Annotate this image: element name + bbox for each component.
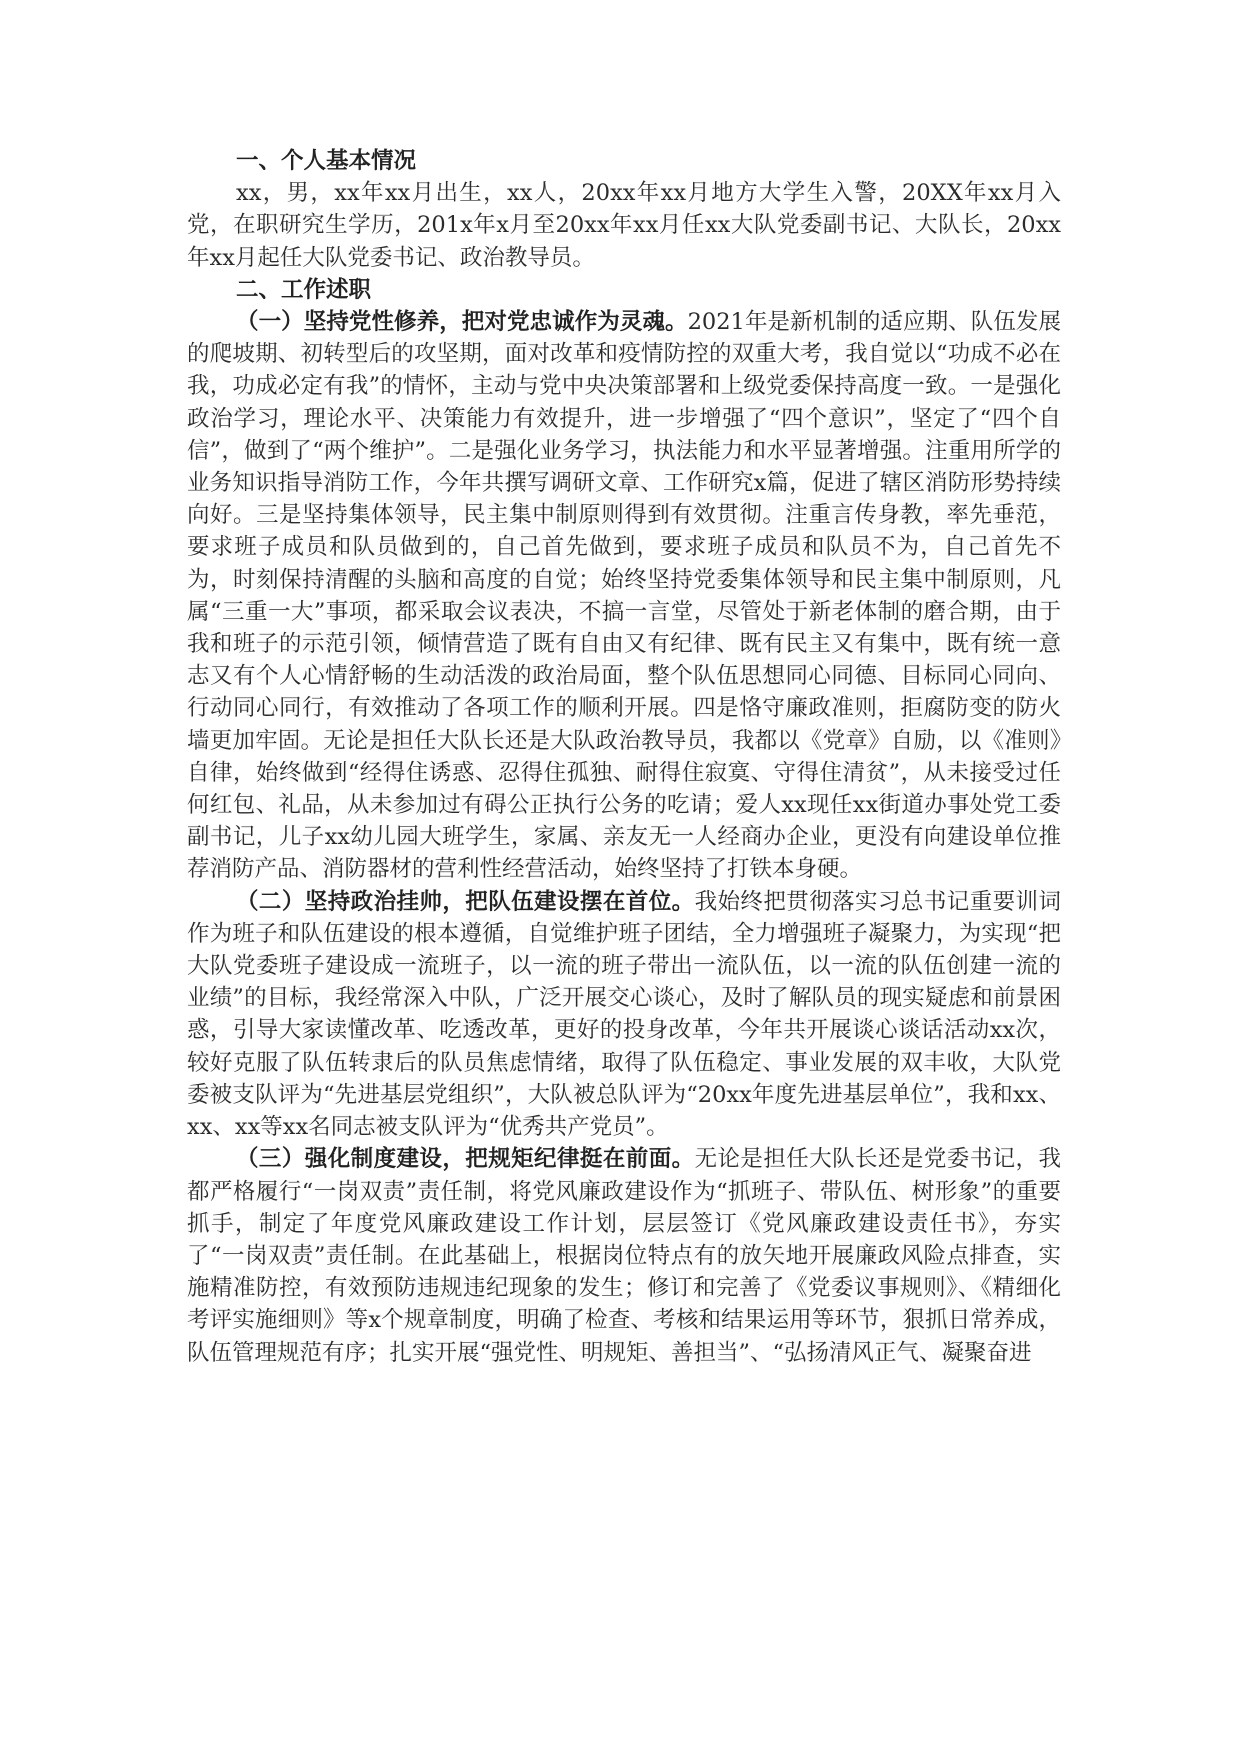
work-item-3-body: 无论是担任大队长还是党委书记，我都严格履行“一岗双责”责任制，将党风廉政建设作为… <box>187 1146 1061 1365</box>
work-item-2-title: （二）坚持政治挂帅，把队伍建设摆在首位。 <box>236 889 695 915</box>
work-item-3: （三）强化制度建设，把规矩纪律挺在前面。无论是担任大队长还是党委书记，我都严格履… <box>187 1143 1061 1368</box>
work-item-1-body: 2021年是新机制的适应期、队伍发展的爬坡期、初转型后的攻坚期，面对改革和疫情防… <box>187 309 1061 882</box>
personal-info-paragraph: xx，男，xx年xx月出生，xx人，20xx年xx月地方大学生入警，20XX年x… <box>187 177 1061 274</box>
work-item-2: （二）坚持政治挂帅，把队伍建设摆在首位。我始终把贯彻落实习总书记重要训词作为班子… <box>187 886 1061 1144</box>
section-heading-personal-info: 一、个人基本情况 <box>187 145 1061 177</box>
document-page: 一、个人基本情况 xx，男，xx年xx月出生，xx人，20xx年xx月地方大学生… <box>187 145 1061 1369</box>
work-item-2-body: 我始终把贯彻落实习总书记重要训词作为班子和队伍建设的根本遵循，自觉维护班子团结，… <box>187 889 1061 1140</box>
work-item-1-title: （一）坚持党性修养，把对党忠诚作为灵魂。 <box>236 309 688 335</box>
work-item-3-title: （三）强化制度建设，把规矩纪律挺在前面。 <box>236 1146 695 1172</box>
section-heading-work-report: 二、工作述职 <box>187 274 1061 306</box>
work-item-1: （一）坚持党性修养，把对党忠诚作为灵魂。2021年是新机制的适应期、队伍发展的爬… <box>187 306 1061 886</box>
